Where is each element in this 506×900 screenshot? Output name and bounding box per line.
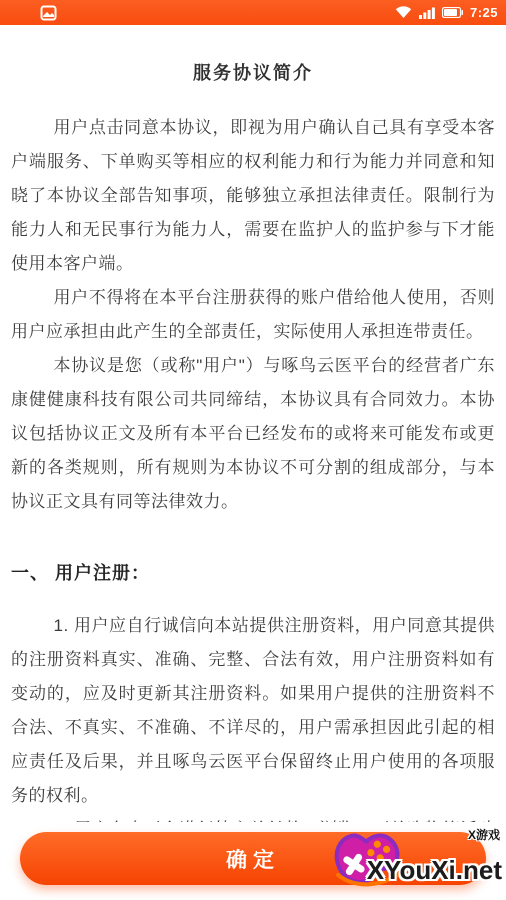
page-title: 服务协议简介 [11,59,495,85]
status-bar: 7:25 [0,0,506,25]
signal-icon [419,7,435,19]
screenshot-icon [40,5,57,21]
battery-icon [442,7,463,18]
agreement-body: 用户点击同意本协议，即视为用户确认自己具有享受本客户端服务、下单购买等相应的权利… [11,111,495,881]
watermark-tag: X游戏 [468,826,500,843]
agreement-paragraph: 本协议是您（或称"用户"）与啄鸟云医平台的经营者广东康健健康科技有限公司共同缔结… [11,349,495,519]
agreement-item: 1. 用户应自行诚信向本站提供注册资料，用户同意其提供的注册资料真实、准确、完整… [11,609,495,813]
agreement-paragraph: 用户不得将在本平台注册获得的账户借给他人使用，否则用户应承担由此产生的全部责任，… [11,281,495,349]
section-heading-user-registration: 一、 用户注册： [11,559,495,585]
watermark-site: XYouXi.net [367,855,502,886]
watermark: X游戏 XYouXi.net [334,824,504,896]
status-time: 7:25 [470,5,498,20]
wifi-icon [395,6,412,19]
agreement-paragraph: 用户点击同意本协议，即视为用户确认自己具有享受本客户端服务、下单购买等相应的权利… [11,111,495,281]
agreement-page: 服务协议简介 用户点击同意本协议，即视为用户确认自己具有享受本客户端服务、下单购… [0,25,506,881]
